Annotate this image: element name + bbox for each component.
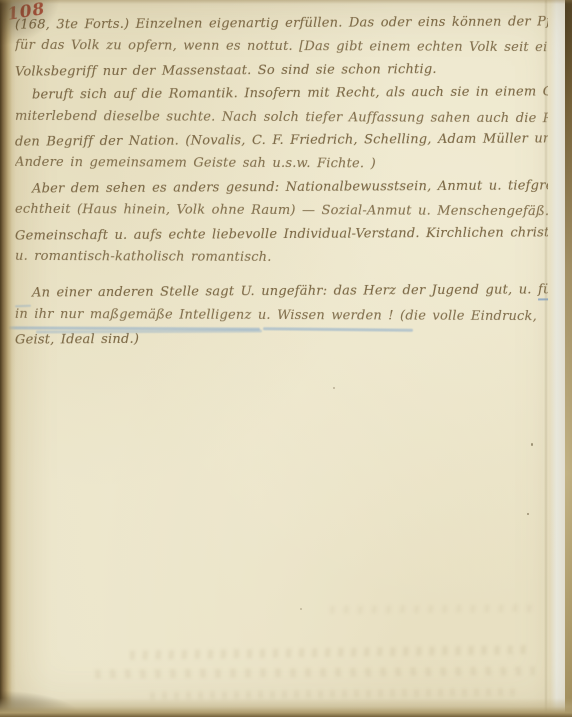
paragraph: (168, 3te Forts.) Einzelnen eigenartig e…: [15, 12, 548, 82]
line-text: An einer anderen Stelle sagt U. ungefähr…: [32, 283, 538, 301]
manuscript-line: Volksbegriff nur der Massenstaat. So sin…: [15, 57, 548, 84]
next-page-edge: [550, 0, 566, 717]
page-edge-right: [565, 0, 572, 717]
ink-speck: [333, 387, 335, 389]
manuscript-page: 108 (168, 3te Forts.) Einzelnen eigenart…: [0, 0, 572, 717]
binding-edge: [0, 0, 16, 717]
corner-shadow-top-left: [0, 0, 60, 46]
ink-speck: [300, 608, 302, 610]
manuscript-line: (168, 3te Forts.) Einzelnen eigenartig e…: [15, 10, 548, 37]
paper-crease: [545, 0, 547, 717]
manuscript-line: Gemeinschaft u. aufs echte liebevolle In…: [15, 221, 548, 248]
manuscript-line: in ihr nur maßgemäße Intelligenz u. Wiss…: [15, 303, 548, 329]
show-through-mark: [95, 666, 535, 678]
paragraph: An einer anderen Stelle sagt U. ungefähr…: [15, 280, 548, 350]
manuscript-line: An einer anderen Stelle sagt U. ungefähr…: [15, 279, 548, 306]
manuscript-line: für das Volk zu opfern, wenn es nottut. …: [15, 34, 548, 60]
paragraph: beruft sich auf die Romantik. Insofern m…: [15, 82, 548, 269]
show-through-mark: [330, 604, 540, 614]
manuscript-line: Aber dem sehen es anders gesund: Nationa…: [15, 174, 548, 201]
ink-speck: [527, 513, 529, 515]
manuscript-line: beruft sich auf die Romantik. Insofern m…: [15, 81, 548, 108]
show-through-mark: [130, 645, 530, 660]
manuscript-line: miterlebend dieselbe suchte. Nach solch …: [15, 104, 548, 130]
page-edge-bottom: [0, 698, 572, 717]
page-edge-top: [0, 0, 572, 4]
manuscript-line: den Begriff der Nation. (Novalis, C. F. …: [15, 127, 548, 154]
ink-speck: [531, 443, 533, 446]
manuscript-line: Andere in gemeinsamem Geiste sah u.s.w. …: [15, 151, 548, 177]
manuscript-line: u. romantisch-katholisch romantisch.: [15, 245, 548, 271]
manuscript-text: (168, 3te Forts.) Einzelnen eigenartig e…: [15, 12, 548, 350]
manuscript-line: echtheit (Haus hinein, Volk ohne Raum) —…: [15, 198, 548, 224]
